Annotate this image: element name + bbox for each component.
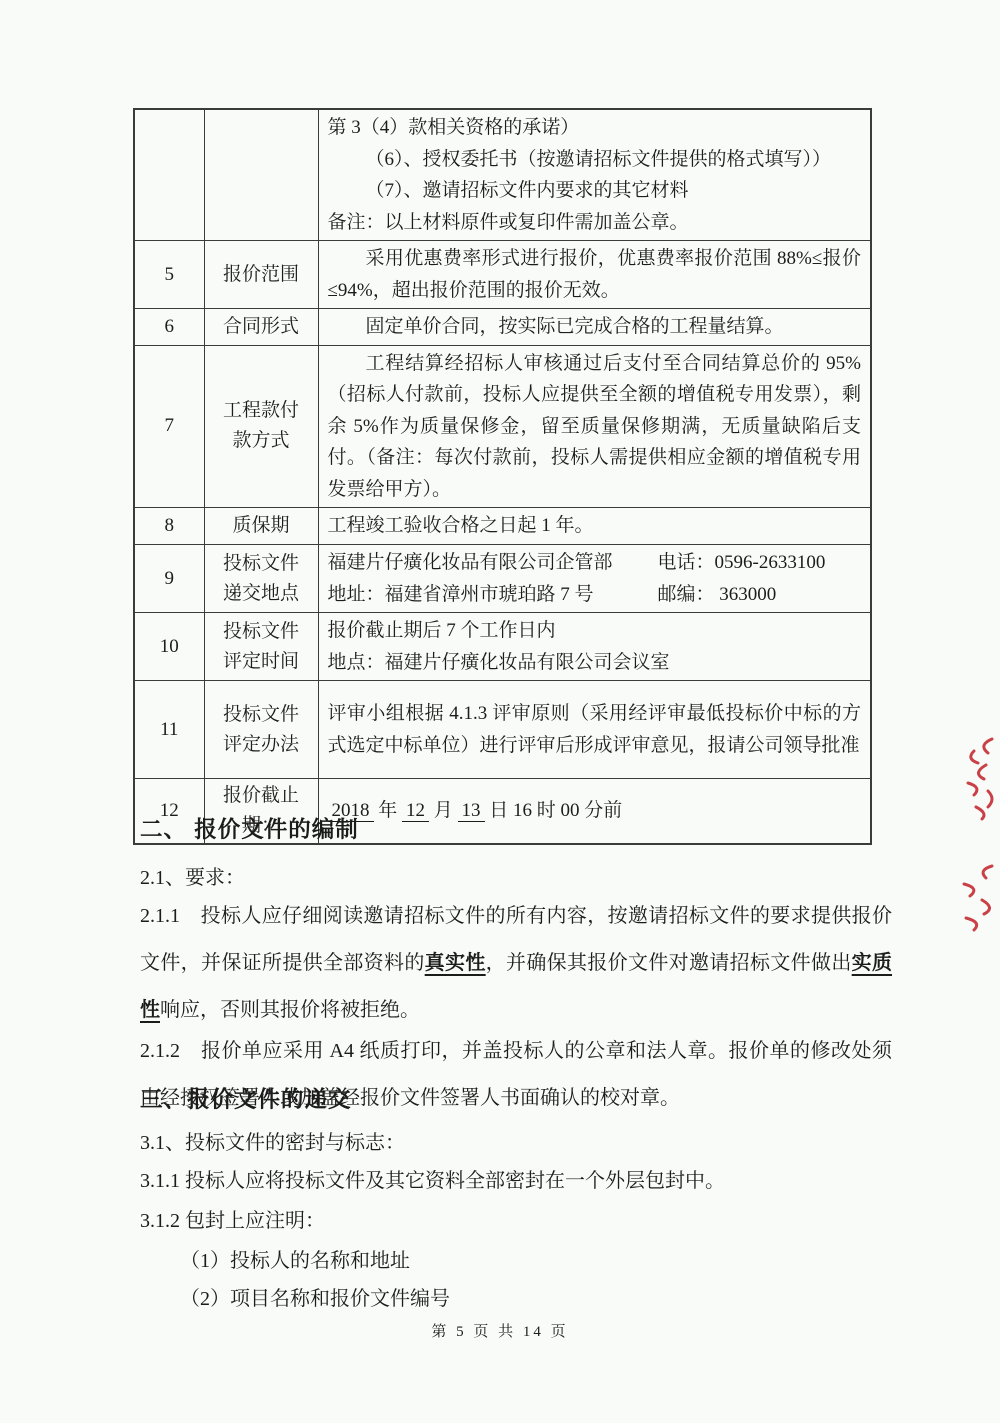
text-segment: （2）项目名称和报价文件编号 [180,1288,450,1310]
paragraph: 2.1.1 投标人应仔细阅读邀请招标文件的所有内容，按邀请招标文件的要求提供报价… [140,893,892,1034]
text-segment: 3.1.2 包封上应注明： [140,1210,325,1232]
text-segment: 3.1.1 投标人应将投标文件及其它资料全部密封在一个外层包封中。 [140,1170,725,1192]
section-heading: 三、报价文件的递交 [140,1082,352,1114]
text-segment: 3.1、投标文件的密封与标志： [140,1132,405,1154]
red-pen-mark [952,858,1000,938]
document-page: 第 3（4）款相关资格的承诺）（6）、授权委托书（按邀请招标文件提供的格式填写）… [0,0,1000,1423]
text-segment: 2.1、要求： [140,867,245,889]
text-segment: （1）投标人的名称和地址 [180,1250,410,1272]
text-segment: 响应，否则其报价将被拒绝。 [160,999,420,1021]
paragraph: （2）项目名称和报价文件编号 [140,1276,892,1323]
sections: 二、 报价文件的编制2.1、要求：2.1.1 投标人应仔细阅读邀请招标文件的所有… [140,0,892,1423]
text-segment: ，并确保其报价文件对邀请招标文件做出 [486,952,852,974]
section-heading: 二、 报价文件的编制 [140,812,359,844]
red-pen-mark [958,733,1000,821]
page-footer: 第 5 页 共 14 页 [0,1320,1000,1341]
text-segment: 真实性 [425,952,486,974]
